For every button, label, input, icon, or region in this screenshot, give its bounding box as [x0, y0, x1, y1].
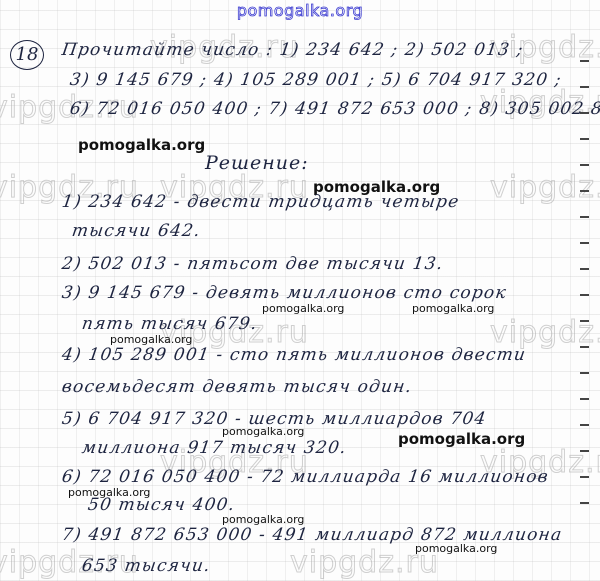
task-number-badge: 18 [10, 40, 44, 70]
site-watermark: pomogalka.org [415, 542, 497, 555]
solution-line: 6) 72 016 050 400 - 72 миллиарда 16 милл… [61, 467, 551, 487]
solution-line: пять тысяч 679. [81, 314, 259, 334]
solution-line: 4) 105 289 001 - сто пять миллионов двес… [61, 345, 528, 365]
site-watermark: pomogalka.org [222, 425, 304, 438]
task-prompt: Прочитайте число : 1) 234 642 ; 2) 502 0… [61, 40, 525, 60]
site-watermark: pomogalka.org [78, 136, 205, 154]
site-watermark: pomogalka.org [398, 430, 525, 448]
task-numbers-line-3: 6) 72 016 050 400 ; 7) 491 872 653 000 ;… [69, 99, 600, 119]
solution-line: миллиона 917 тысяч 320. [81, 438, 348, 458]
solution-line: тысячи 642. [71, 221, 203, 241]
solution-line: 3) 9 145 679 - девять миллионов сто соро… [61, 283, 509, 303]
solution-line: восемьдесят девять тысяч один. [61, 377, 414, 397]
notebook-page: vipgdz.ru vipgdz.ru vipgdz.ru vipgdz.ru … [0, 0, 600, 581]
solution-line: 1) 234 642 - двести тридцать четыре [61, 192, 461, 212]
solution-line: 653 тысячи. [81, 556, 213, 576]
task-numbers-line-2: 3) 9 145 679 ; 4) 105 289 001 ; 5) 6 704… [69, 70, 564, 90]
site-watermark: pomogalka.org [412, 302, 494, 315]
solution-line: 50 тысяч 400. [87, 495, 237, 515]
margin-ticks [580, 60, 592, 528]
site-watermark: pomogalka.org [262, 302, 344, 315]
solution-line: 2) 502 013 - пятьсот две тысячи 13. [61, 254, 445, 274]
solution-heading: Решение: [205, 152, 309, 174]
top-watermark: pomogalka.org [0, 1, 600, 20]
